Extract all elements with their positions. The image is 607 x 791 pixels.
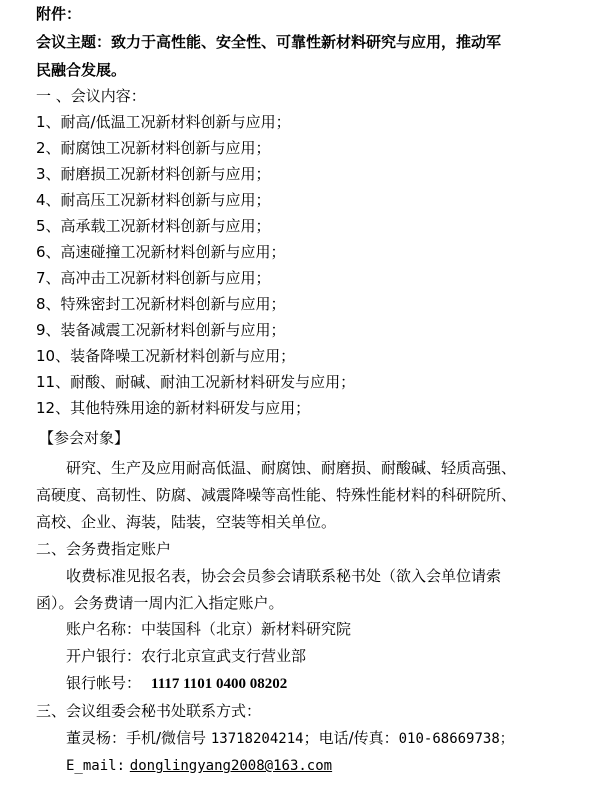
contact-row: 董灵杨：手机/微信号 13718204214；电话/传真：010-6866973…: [66, 728, 514, 749]
content-item-1: 1、耐高/低温工况新材料创新与应用；: [36, 112, 291, 132]
account-number-row: 银行帐号：1117 1101 0400 08202: [66, 673, 287, 694]
bank-row: 开户银行：农行北京宣武支行营业部: [66, 646, 306, 666]
theme-line-1: 会议主题：致力于高性能、安全性、可靠性新材料研究与应用，推动军: [36, 32, 501, 52]
fee-line-2: 函）。会务费请一周内汇入指定账户。: [36, 593, 284, 613]
attachment-label: 附件：: [36, 4, 81, 24]
content-item-9: 9、装备减震工况新材料创新与应用；: [36, 320, 286, 340]
participants-line-3: 高校、企业、海装，陆装，空装等相关单位。: [36, 512, 336, 532]
participants-line-2: 高硬度、高韧性、防腐、减震降噪等高性能、特殊性能材料的科研院所、: [36, 485, 516, 505]
document-page: 附件： 会议主题：致力于高性能、安全性、可靠性新材料研究与应用，推动军 民融合发…: [0, 0, 607, 791]
email-label: E_mail:: [66, 758, 125, 774]
content-item-4: 4、耐高压工况新材料创新与应用；: [36, 190, 271, 210]
content-item-7: 7、高冲击工况新材料创新与应用；: [36, 268, 271, 288]
mobile-number: 13718204214: [211, 731, 304, 747]
section1-heading: 一 、会议内容：: [36, 86, 146, 106]
theme-line-2: 民融合发展。: [36, 60, 126, 80]
email-row: E_mail: donglingyang2008@163.com: [66, 755, 332, 776]
content-item-5: 5、高承载工况新材料创新与应用；: [36, 216, 271, 236]
content-item-6: 6、高速碰撞工况新材料创新与应用；: [36, 242, 286, 262]
phone-number: 010-68669738；: [399, 731, 514, 747]
participants-line-1: 研究、生产及应用耐高低温、耐腐蚀、耐磨损、耐酸碱、轻质高强、: [66, 458, 516, 478]
bank-label: 开户银行：: [66, 647, 141, 665]
participants-heading: 【参会对象】: [39, 428, 129, 448]
account-name-value: 中装国科（北京）新材料研究院: [141, 620, 351, 638]
account-name-label: 账户名称：: [66, 620, 141, 638]
account-name-row: 账户名称：中装国科（北京）新材料研究院: [66, 619, 351, 639]
section2-heading: 二、会务费指定账户: [36, 539, 171, 559]
content-item-3: 3、耐磨损工况新材料创新与应用；: [36, 164, 271, 184]
phone-label: ；电话/传真：: [304, 729, 399, 747]
content-item-10: 10、装备降噪工况新材料创新与应用；: [36, 346, 295, 366]
content-item-12: 12、其他特殊用途的新材料研发与应用；: [36, 398, 310, 418]
bank-value: 农行北京宣武支行营业部: [141, 647, 306, 665]
content-item-11: 11、耐酸、耐碱、耐油工况新材料研发与应用；: [36, 372, 355, 392]
section3-heading: 三、会议组委会秘书处联系方式：: [36, 701, 261, 721]
account-number-value: 1117 1101 0400 08202: [151, 676, 287, 692]
email-link[interactable]: donglingyang2008@163.com: [130, 758, 332, 774]
contact-name-label: 董灵杨：手机/微信号: [66, 729, 206, 747]
content-item-2: 2、耐腐蚀工况新材料创新与应用；: [36, 138, 271, 158]
fee-line-1: 收费标准见报名表，协会会员参会请联系秘书处（欲入会单位请索: [66, 566, 501, 586]
content-item-8: 8、特殊密封工况新材料创新与应用；: [36, 294, 286, 314]
account-number-label: 银行帐号：: [66, 674, 141, 692]
